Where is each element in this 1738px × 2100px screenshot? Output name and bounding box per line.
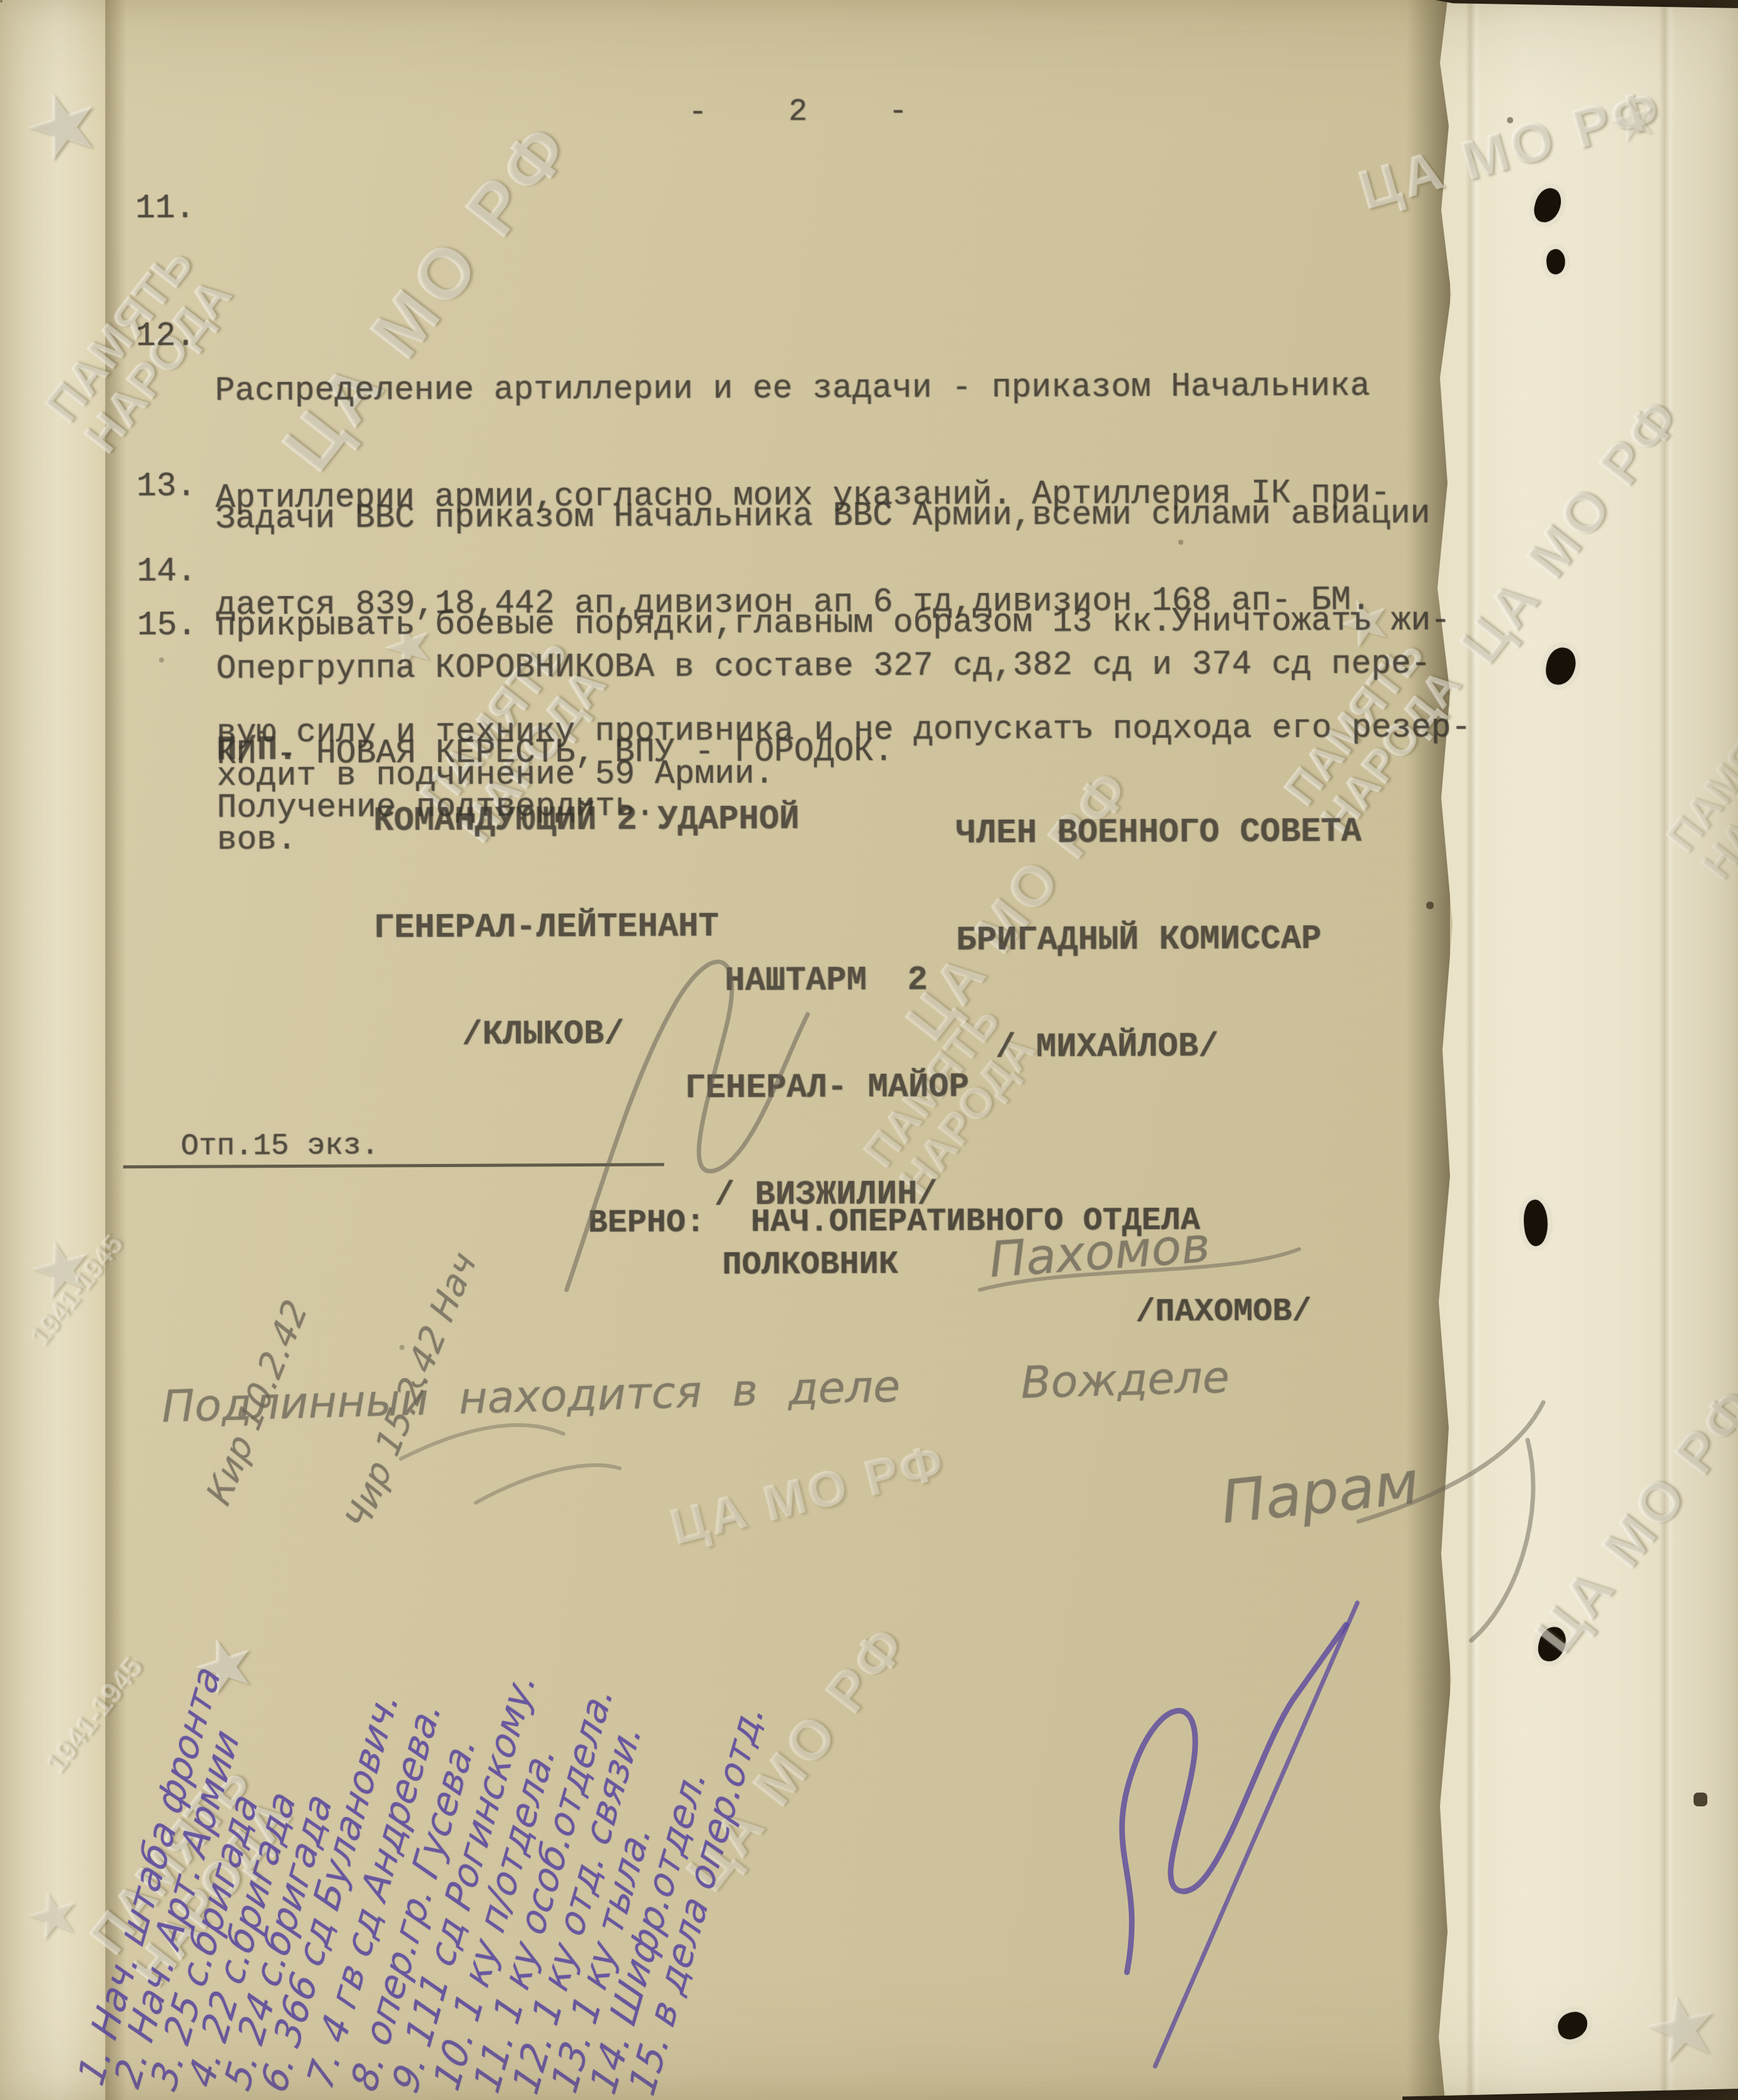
council-member-signature-block: ЧЛЕН ВОЕННОГО СОВЕТА БРИГАДНЫЙ КОМИССАР …: [955, 743, 1363, 1138]
page-number: - 2 -: [688, 94, 907, 131]
typewritten-text-layer: - 2 - 11. Распределение артиллерии и ее …: [0, 0, 1738, 2100]
paragraph-number: 15.: [137, 607, 197, 644]
paragraph-number: 12.: [136, 317, 196, 355]
pp-mark: П/П.: [217, 733, 298, 769]
verno-label: ВЕРНО:: [588, 1204, 705, 1242]
paragraph-number: 13.: [136, 468, 197, 505]
copies-note-underline: [123, 1163, 664, 1168]
paragraph-number: 14.: [137, 553, 197, 590]
document-scan: ЦА МО РФ ЦА МО РФ ЦА МО РФ ЦА МО РФ ЦА М…: [0, 0, 1738, 2100]
council-rank: БРИГАДНЫЙ КОМИССАР: [956, 922, 1362, 959]
staff-title: НАШТАРМ 2: [724, 962, 969, 999]
certifier-rank: ПОЛКОВНИК: [722, 1246, 898, 1284]
commander-title: КОМАНДУЮЩИЙ 2 УДАРНОЙ: [373, 801, 800, 839]
council-title: ЧЛЕН ВОЕННОГО СОВЕТА: [955, 815, 1361, 852]
council-name-stamp: / МИХАЙЛОВ/: [995, 1029, 1362, 1066]
copies-note: Отп.15 экз.: [181, 1129, 379, 1163]
paper-specks: [0, 0, 3, 3]
paragraph-number: 11.: [135, 190, 195, 227]
certifier-name-stamp: /ПАХОМОВ/: [1136, 1293, 1312, 1331]
staff-rank: ГЕНЕРАЛ- МАЙОР: [685, 1069, 969, 1106]
